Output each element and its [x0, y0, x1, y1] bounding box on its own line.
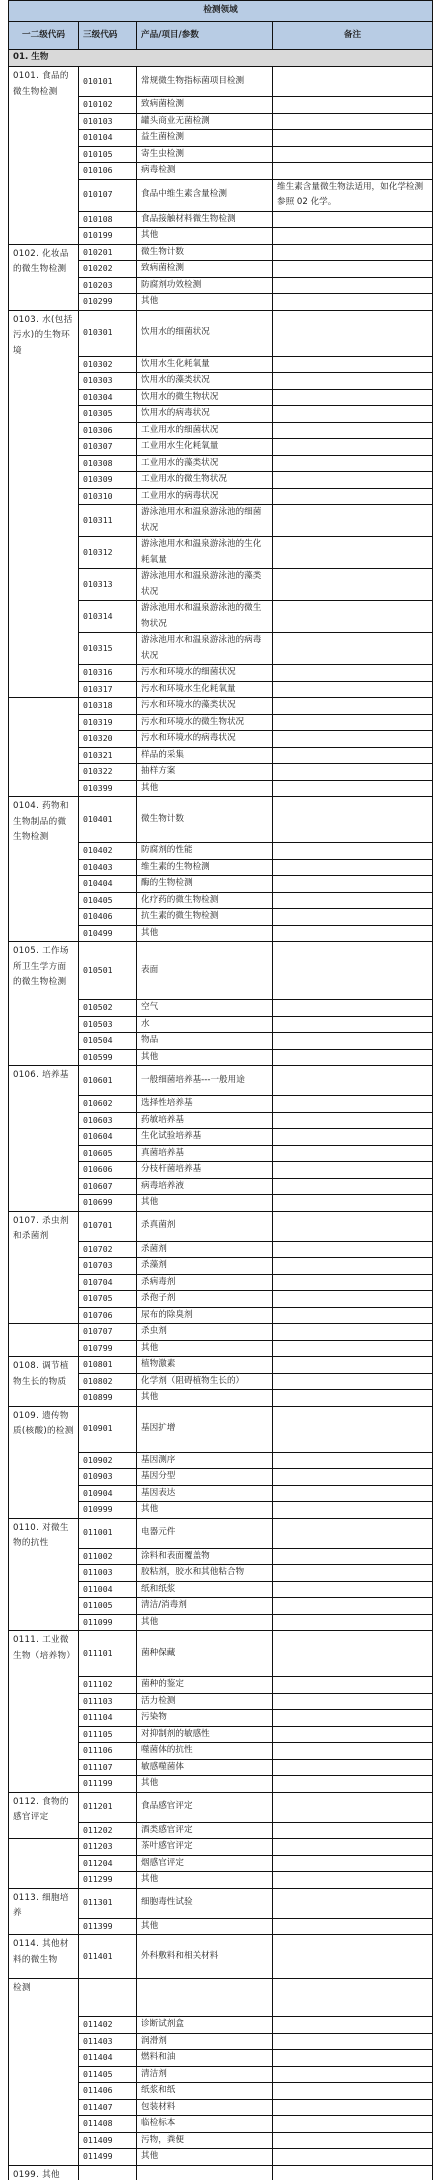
- item-cell: 尿布的除臭剂: [137, 1307, 273, 1324]
- note-cell: [273, 1726, 433, 1743]
- item-cell: 病毒检测: [137, 163, 273, 180]
- level3-code-cell: 010317: [79, 681, 137, 698]
- item-cell: 污水和环境水的病毒状况: [137, 731, 273, 748]
- note-cell: [273, 2017, 433, 2034]
- level3-code-cell: 010310: [79, 488, 137, 505]
- note-cell: [273, 1743, 433, 1760]
- note-cell: [273, 97, 433, 114]
- note-cell: [273, 2132, 433, 2149]
- level3-code-cell: 010299: [79, 294, 137, 311]
- note-cell: [273, 1033, 433, 1050]
- note-cell: [273, 2116, 433, 2133]
- item-cell: 基因表达: [137, 1485, 273, 1502]
- level3-code-cell: 011104: [79, 1710, 137, 1727]
- item-cell: 游泳池用水和温泉游泳池的微生物状况: [137, 601, 273, 633]
- level3-code-cell: 010303: [79, 373, 137, 390]
- note-cell: [273, 1340, 433, 1357]
- item-cell: 污水和环境水生化耗氧量: [137, 681, 273, 698]
- item-cell: 杀菌剂: [137, 1241, 273, 1258]
- level3-code-cell: 010301: [79, 310, 137, 356]
- item-cell: 菌种保藏: [137, 1631, 273, 1677]
- item-cell: 工业用水的病毒状况: [137, 488, 273, 505]
- note-cell: [273, 1307, 433, 1324]
- table-row: 0108. 调节植物生长的物质010801植物激素: [9, 1357, 433, 1374]
- level12-code-cell: 0112. 食物的感官评定: [9, 1792, 79, 1839]
- level3-code-cell: 010320: [79, 731, 137, 748]
- note-cell: [273, 1693, 433, 1710]
- note-cell: [273, 797, 433, 843]
- level12-code-cell: 0109. 遗传物质(核酸)的检测: [9, 1406, 79, 1518]
- item-cell: 饮用水的病毒状况: [137, 406, 273, 423]
- item-cell: 细胞毒性试验: [137, 1888, 273, 1918]
- item-cell: 游泳池用水和温泉游泳池的生化耗氧量: [137, 537, 273, 569]
- item-cell: 临检标本: [137, 2116, 273, 2133]
- level3-code-cell: 010108: [79, 211, 137, 228]
- note-cell: [273, 1935, 433, 1979]
- level12-code-cell: [9, 1839, 79, 1889]
- note-cell: [273, 1888, 433, 1918]
- note-cell: [273, 681, 433, 698]
- level3-code-cell: 010305: [79, 406, 137, 423]
- level3-code-cell: 010401: [79, 797, 137, 843]
- item-cell: 其他: [137, 1614, 273, 1631]
- level3-code-cell: 010703: [79, 1258, 137, 1275]
- note-cell: [273, 244, 433, 261]
- level12-code-cell: 0103. 水(包括污水)的生物环境: [9, 310, 79, 698]
- level3-code-cell: 010313: [79, 569, 137, 601]
- note-cell: [273, 356, 433, 373]
- level3-code-cell: 010499: [79, 925, 137, 942]
- note-cell: [273, 373, 433, 390]
- item-cell: 杀藻剂: [137, 1258, 273, 1275]
- level3-code-cell: 011408: [79, 2116, 137, 2133]
- level3-code-cell: 010602: [79, 1096, 137, 1113]
- level3-code-cell: 010319: [79, 714, 137, 731]
- level3-code-cell: 011404: [79, 2050, 137, 2067]
- level3-code-cell: 010101: [79, 67, 137, 97]
- level12-code-cell: 0113. 细胞培养: [9, 1888, 79, 1935]
- note-cell: [273, 439, 433, 456]
- note-cell: [273, 1406, 433, 1452]
- note-cell: [273, 2149, 433, 2166]
- level3-code-cell: 010202: [79, 261, 137, 278]
- item-cell: 菌种的鉴定: [137, 1677, 273, 1694]
- note-cell: [273, 1049, 433, 1066]
- level3-code-cell: 010904: [79, 1485, 137, 1502]
- header-level12-code: 一二级代码: [9, 22, 79, 50]
- item-cell: 食品中维生素含量检测: [137, 179, 273, 211]
- level3-code-cell: 011003: [79, 1565, 137, 1582]
- note-cell: [273, 488, 433, 505]
- item-cell: 酒类感官评定: [137, 1822, 273, 1839]
- note-cell: 维生素含量微生物法适用，如化学检测参照 02 化学。: [273, 179, 433, 211]
- level3-code-cell: 010201: [79, 244, 137, 261]
- level3-code-cell: 010203: [79, 277, 137, 294]
- item-cell: 其他: [137, 925, 273, 942]
- item-cell: [137, 1979, 273, 2017]
- level3-code-cell: 011103: [79, 1693, 137, 1710]
- table-row: 0111. 工业微生物（培养物）011101菌种保藏: [9, 1631, 433, 1677]
- note-cell: [273, 859, 433, 876]
- level3-code-cell: 010702: [79, 1241, 137, 1258]
- level3-code-cell: 011005: [79, 1598, 137, 1615]
- note-cell: [273, 130, 433, 147]
- level12-code-cell: 0114. 其他材料的微生物: [9, 1935, 79, 1979]
- note-cell: [273, 764, 433, 781]
- item-cell: 包装材料: [137, 2099, 273, 2116]
- level3-code-cell: 011004: [79, 1581, 137, 1598]
- item-cell: 污水和环境水的细菌状况: [137, 665, 273, 682]
- note-cell: [273, 1373, 433, 1390]
- note-cell: [273, 1502, 433, 1519]
- note-cell: [273, 455, 433, 472]
- note-cell: [273, 1452, 433, 1469]
- item-cell: 污水和环境水的藻类状况: [137, 698, 273, 715]
- item-cell: 化学剂（阻碍植物生长的）: [137, 1373, 273, 1390]
- level3-code-cell: 010318: [79, 698, 137, 715]
- note-cell: [273, 1677, 433, 1694]
- item-cell: 污染物: [137, 1710, 273, 1727]
- note-cell: [273, 1598, 433, 1615]
- level3-code-cell: 010802: [79, 1373, 137, 1390]
- note-cell: [273, 389, 433, 406]
- level3-code-cell: 011101: [79, 1631, 137, 1677]
- level3-code-cell: 010402: [79, 843, 137, 860]
- item-cell: 诊断试剂盒: [137, 2017, 273, 2034]
- note-cell: [273, 277, 433, 294]
- level3-code-cell: 010406: [79, 909, 137, 926]
- item-cell: 噬菌体的抗性: [137, 1743, 273, 1760]
- level3-code-cell: 010601: [79, 1066, 137, 1096]
- note-cell: [273, 1162, 433, 1179]
- item-cell: 基因测序: [137, 1452, 273, 1469]
- note-cell: [273, 1759, 433, 1776]
- level3-code-cell: 011402: [79, 2017, 137, 2034]
- level3-code-cell: 011204: [79, 1855, 137, 1872]
- item-cell: 化疗药的微生物检测: [137, 892, 273, 909]
- table-row: 0114. 其他材料的微生物011401外科敷料和相关材料: [9, 1935, 433, 1979]
- table-row: 0199. 其他: [9, 2165, 433, 2180]
- level3-code-cell: 010899: [79, 1390, 137, 1407]
- note-cell: [273, 422, 433, 439]
- item-cell: 常规微生物指标菌项目检测: [137, 67, 273, 97]
- level3-code-cell: 010321: [79, 747, 137, 764]
- level3-code-cell: 010606: [79, 1162, 137, 1179]
- level3-code-cell: 010706: [79, 1307, 137, 1324]
- level3-code-cell: 010599: [79, 1049, 137, 1066]
- note-cell: [273, 113, 433, 130]
- item-cell: 植物激素: [137, 1357, 273, 1374]
- table-row: 0107. 杀虫剂和杀菌剂010701杀真菌剂: [9, 1211, 433, 1241]
- item-cell: 罐头商业无菌检测: [137, 113, 273, 130]
- note-cell: [273, 1096, 433, 1113]
- item-cell: 空气: [137, 1000, 273, 1017]
- note-cell: [273, 2083, 433, 2100]
- note-cell: [273, 1979, 433, 2017]
- level3-code-cell: [79, 1979, 137, 2017]
- level3-code-cell: 011201: [79, 1792, 137, 1822]
- level12-code-cell: 0107. 杀虫剂和杀菌剂: [9, 1211, 79, 1324]
- header-note: 备注: [273, 22, 433, 50]
- item-cell: 外科敷料和相关材料: [137, 1935, 273, 1979]
- note-cell: [273, 909, 433, 926]
- item-cell: 敏感噬菌体: [137, 1759, 273, 1776]
- item-cell: 其他: [137, 780, 273, 797]
- note-cell: [273, 1485, 433, 1502]
- note-cell: [273, 1178, 433, 1195]
- note-cell: [273, 163, 433, 180]
- level3-code-cell: 011106: [79, 1743, 137, 1760]
- table-row: 010318污水和环境水的藻类状况: [9, 698, 433, 715]
- item-cell: 饮用水的细菌状况: [137, 310, 273, 356]
- item-cell: 其他: [137, 294, 273, 311]
- note-cell: [273, 1390, 433, 1407]
- item-cell: 胶粘剂，胶水和其他粘合物: [137, 1565, 273, 1582]
- level3-code-cell: 010801: [79, 1357, 137, 1374]
- level3-code-cell: 010322: [79, 764, 137, 781]
- table-title: 检测领域: [9, 1, 433, 22]
- table-row: 0102. 化妆品的微生物检测010201微生物计数: [9, 244, 433, 261]
- level3-code-cell: 010106: [79, 163, 137, 180]
- level3-code-cell: 010799: [79, 1340, 137, 1357]
- level3-code-cell: 010104: [79, 130, 137, 147]
- item-cell: 一般细菌培养基---一般用途: [137, 1066, 273, 1096]
- item-cell: 其他: [137, 2149, 273, 2166]
- note-cell: [273, 1112, 433, 1129]
- item-cell: 分枝杆菌培养基: [137, 1162, 273, 1179]
- item-cell: 烟感官评定: [137, 1855, 273, 1872]
- level3-code-cell: 010504: [79, 1033, 137, 1050]
- level3-code-cell: 010311: [79, 505, 137, 537]
- level3-code-cell: 010603: [79, 1112, 137, 1129]
- item-cell: 寄生虫检测: [137, 146, 273, 163]
- note-cell: [273, 1274, 433, 1291]
- note-cell: [273, 1195, 433, 1212]
- level3-code-cell: 010707: [79, 1324, 137, 1341]
- item-cell: 其他: [137, 1390, 273, 1407]
- item-cell: 生化试验培养基: [137, 1129, 273, 1146]
- note-cell: [273, 2066, 433, 2083]
- level12-code-cell: 0111. 工业微生物（培养物）: [9, 1631, 79, 1793]
- note-cell: [273, 211, 433, 228]
- item-cell: 污物，粪便: [137, 2132, 273, 2149]
- item-cell: 饮用水的微生物状况: [137, 389, 273, 406]
- table-row: 0110. 对微生物的抗性011001电器元件: [9, 1518, 433, 1548]
- note-cell: [273, 2033, 433, 2050]
- note-cell: [273, 1581, 433, 1598]
- note-cell: [273, 1145, 433, 1162]
- item-cell: 抽样方案: [137, 764, 273, 781]
- header-level3-code: 三级代码: [79, 22, 137, 50]
- table-row: 检测: [9, 1979, 433, 2017]
- item-cell: 工业用水的藻类状况: [137, 455, 273, 472]
- note-cell: [273, 925, 433, 942]
- level3-code-cell: 010502: [79, 1000, 137, 1017]
- note-cell: [273, 1631, 433, 1677]
- level12-code-cell: 检测: [9, 1979, 79, 2166]
- item-cell: 其他: [137, 228, 273, 245]
- item-cell: 抗生素的微生物检测: [137, 909, 273, 926]
- note-cell: [273, 1241, 433, 1258]
- note-cell: [273, 1469, 433, 1486]
- note-cell: [273, 633, 433, 665]
- level3-code-cell: 010705: [79, 1291, 137, 1308]
- item-cell: 药敏培养基: [137, 1112, 273, 1129]
- level3-code-cell: 011399: [79, 1918, 137, 1935]
- level12-code-cell: 0104. 药物和生物制品的微生物检测: [9, 797, 79, 942]
- note-cell: [273, 406, 433, 423]
- note-cell: [273, 1710, 433, 1727]
- level3-code-cell: 010304: [79, 389, 137, 406]
- note-cell: [273, 698, 433, 715]
- item-cell: 表面: [137, 942, 273, 1000]
- level3-code-cell: 010307: [79, 439, 137, 456]
- table-row: 0109. 遗传物质(核酸)的检测010901基因扩增: [9, 1406, 433, 1452]
- level3-code-cell: 011407: [79, 2099, 137, 2116]
- level3-code-cell: 010308: [79, 455, 137, 472]
- level3-code-cell: 010999: [79, 1502, 137, 1519]
- level3-code-cell: 010607: [79, 1178, 137, 1195]
- level3-code-cell: 011105: [79, 1726, 137, 1743]
- note-cell: [273, 2165, 433, 2180]
- note-cell: [273, 472, 433, 489]
- item-cell: 其他: [137, 1502, 273, 1519]
- item-cell: 防腐剂的性能: [137, 843, 273, 860]
- level3-code-cell: 011202: [79, 1822, 137, 1839]
- item-cell: 其他: [137, 1872, 273, 1889]
- item-cell: 电器元件: [137, 1518, 273, 1548]
- table-row: 0105. 工作场所卫生学方面的微生物检测010501表面: [9, 942, 433, 1000]
- item-cell: 清洁剂: [137, 2066, 273, 2083]
- note-cell: [273, 1839, 433, 1856]
- detection-field-table: 检测领域 一二级代码 三级代码 产品/项目/参数 备注 01. 生物 0101.…: [8, 0, 433, 2180]
- level3-code-cell: 010699: [79, 1195, 137, 1212]
- item-cell: 游泳池用水和温泉游泳池的细菌状况: [137, 505, 273, 537]
- item-cell: 其他: [137, 1340, 273, 1357]
- item-cell: 基因扩增: [137, 1406, 273, 1452]
- item-cell: 对抑制剂的敏感性: [137, 1726, 273, 1743]
- note-cell: [273, 1000, 433, 1017]
- note-cell: [273, 1258, 433, 1275]
- level3-code-cell: 011102: [79, 1677, 137, 1694]
- level3-code-cell: 011405: [79, 2066, 137, 2083]
- note-cell: [273, 505, 433, 537]
- note-cell: [273, 146, 433, 163]
- note-cell: [273, 310, 433, 356]
- level3-code-cell: 011199: [79, 1776, 137, 1793]
- level3-code-cell: 010105: [79, 146, 137, 163]
- note-cell: [273, 1066, 433, 1096]
- table-row: 0106. 培养基010601一般细菌培养基---一般用途: [9, 1066, 433, 1096]
- item-cell: 基因分型: [137, 1469, 273, 1486]
- note-cell: [273, 1518, 433, 1548]
- note-cell: [273, 1357, 433, 1374]
- item-cell: 纸浆和纸: [137, 2083, 273, 2100]
- level3-code-cell: 010399: [79, 780, 137, 797]
- level3-code-cell: 010903: [79, 1469, 137, 1486]
- level12-code-cell: 0110. 对微生物的抗性: [9, 1518, 79, 1631]
- note-cell: [273, 1855, 433, 1872]
- item-cell: 微生物计数: [137, 797, 273, 843]
- level3-code-cell: 011099: [79, 1614, 137, 1631]
- item-cell: 杀孢子剂: [137, 1291, 273, 1308]
- level3-code-cell: 010403: [79, 859, 137, 876]
- level3-code-cell: 011002: [79, 1548, 137, 1565]
- note-cell: [273, 261, 433, 278]
- level3-code-cell: 010604: [79, 1129, 137, 1146]
- level3-code-cell: 011203: [79, 1839, 137, 1856]
- level3-code-cell: 010701: [79, 1211, 137, 1241]
- level3-code-cell: 010302: [79, 356, 137, 373]
- item-cell: 活力检测: [137, 1693, 273, 1710]
- item-cell: 选择性培养基: [137, 1096, 273, 1113]
- item-cell: 杀真菌剂: [137, 1211, 273, 1241]
- note-cell: [273, 843, 433, 860]
- item-cell: 其他: [137, 1049, 273, 1066]
- level3-code-cell: 011406: [79, 2083, 137, 2100]
- level3-code-cell: 010306: [79, 422, 137, 439]
- item-cell: 食品感官评定: [137, 1792, 273, 1822]
- item-cell: 食品接触材料微生物检测: [137, 211, 273, 228]
- level12-code-cell: 0102. 化妆品的微生物检测: [9, 244, 79, 310]
- item-cell: 致病菌检测: [137, 261, 273, 278]
- level3-code-cell: 010312: [79, 537, 137, 569]
- note-cell: [273, 1614, 433, 1631]
- level3-code-cell: 010405: [79, 892, 137, 909]
- note-cell: [273, 1565, 433, 1582]
- item-cell: 水: [137, 1016, 273, 1033]
- item-cell: 其他: [137, 1195, 273, 1212]
- level3-code-cell: 010605: [79, 1145, 137, 1162]
- table-row: 0103. 水(包括污水)的生物环境010301饮用水的细菌状况: [9, 310, 433, 356]
- item-cell: 维生素的生物检测: [137, 859, 273, 876]
- item-cell: 微生物计数: [137, 244, 273, 261]
- note-cell: [273, 1792, 433, 1822]
- item-cell: 真菌培养基: [137, 1145, 273, 1162]
- item-cell: 茶叶感官评定: [137, 1839, 273, 1856]
- item-cell: 纸和纸浆: [137, 1581, 273, 1598]
- level12-code-cell: 0101. 食品的微生物检测: [9, 67, 79, 245]
- note-cell: [273, 1548, 433, 1565]
- item-cell: 清洁/消毒剂: [137, 1598, 273, 1615]
- level3-code-cell: 010314: [79, 601, 137, 633]
- item-cell: 益生菌检测: [137, 130, 273, 147]
- section-row: 01. 生物: [9, 50, 433, 67]
- level3-code-cell: 010503: [79, 1016, 137, 1033]
- item-cell: 酶的生物检测: [137, 876, 273, 893]
- item-cell: 样品的采集: [137, 747, 273, 764]
- table-row: 0101. 食品的微生物检测010101常规微生物指标菌项目检测: [9, 67, 433, 97]
- note-cell: [273, 1016, 433, 1033]
- table-row: 0104. 药物和生物制品的微生物检测010401微生物计数: [9, 797, 433, 843]
- note-cell: [273, 537, 433, 569]
- level3-code-cell: 010901: [79, 1406, 137, 1452]
- level12-code-cell: [9, 698, 79, 797]
- item-cell: 涂料和表面覆盖物: [137, 1548, 273, 1565]
- note-cell: [273, 1291, 433, 1308]
- level3-code-cell: 011499: [79, 2149, 137, 2166]
- level12-code-cell: 0199. 其他: [9, 2165, 79, 2180]
- level3-code-cell: 011301: [79, 1888, 137, 1918]
- item-cell: 工业用水的微生物状况: [137, 472, 273, 489]
- item-cell: 防腐剂功效检测: [137, 277, 273, 294]
- level3-code-cell: 010404: [79, 876, 137, 893]
- item-cell: 润滑剂: [137, 2033, 273, 2050]
- note-cell: [273, 228, 433, 245]
- item-cell: 杀病毒剂: [137, 1274, 273, 1291]
- level3-code-cell: [79, 2165, 137, 2180]
- note-cell: [273, 2099, 433, 2116]
